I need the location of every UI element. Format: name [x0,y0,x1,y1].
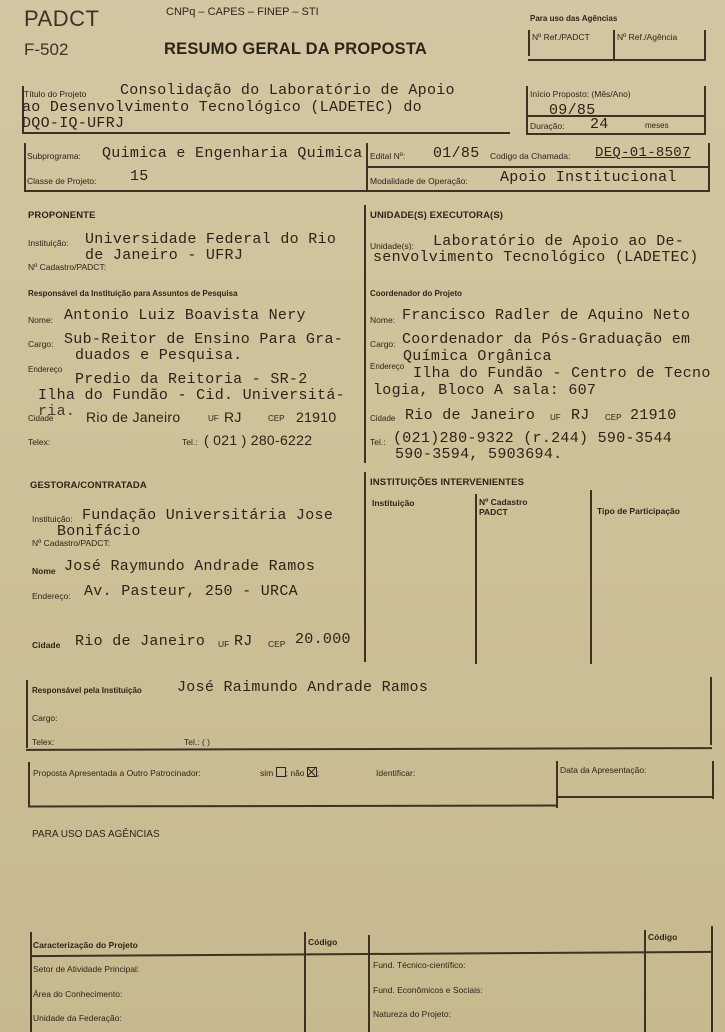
coordinator-address-line-1[interactable]: Ilha do Fundão - Centro de Tecno [413,365,711,382]
gestora-institution-line-1[interactable]: Fundação Universitária Jose [82,507,333,524]
gestora-name-value[interactable]: José Raymundo Andrade Ramos [64,558,315,575]
intervenientes-col-institution: Instituição [372,498,415,508]
proponente-cep-value[interactable]: 21910 [296,409,336,425]
code-label-right: Código [648,932,677,942]
coordinator-uf-label: UF [550,413,561,422]
row-setor-atividade: Setor de Atividade Principal: [33,964,139,974]
identify-label: Identificar: [376,768,415,778]
proponente-institution-line-2[interactable]: de Janeiro - UFRJ [85,247,243,264]
gestora-address-value[interactable]: Av. Pasteur, 250 - URCA [84,583,298,600]
identify-field[interactable] [435,764,550,782]
agency-use-label: Para uso das Agências [530,14,617,23]
proponente-section: PROPONENTE [28,210,96,221]
nao-label: não [290,768,304,778]
gestora-uf-label: UF [218,639,229,649]
coordinator-tel-line-2[interactable]: 590-3594, 5903694. [395,446,562,463]
coordinator-cargo-label: Cargo: [370,339,396,349]
proponente-telex-label: Telex: [28,437,50,447]
proponente-tel-value[interactable]: ( 021 ) 280-6222 [204,432,312,448]
ref-agencia-field[interactable] [616,42,702,58]
call-code-label: Codigo da Chamada: [490,151,570,161]
proponente-city-value[interactable]: Rio de Janeiro [86,409,180,425]
gestora-uf-value[interactable]: RJ [234,633,253,650]
intervenientes-section: INSTITUIÇÕES INTERVENIENTES [370,477,524,488]
proponente-uf-value[interactable]: RJ [224,409,242,425]
sim-label: sim [260,768,273,778]
responsavel-value[interactable]: José Raimundo Andrade Ramos [177,679,428,696]
characterization-title: Caracterização do Projeto [33,940,138,950]
row-natureza-projeto: Natureza do Projeto: [373,1009,451,1019]
nao-checkbox[interactable] [307,767,317,777]
duration-value[interactable]: 24 [590,116,609,133]
coordinator-heading: Coordenador do Projeto [370,289,462,298]
gestora-cep-label: CEP [268,639,285,649]
coordinator-tel-line-1[interactable]: (021)280-9322 (r.244) 590-3544 [393,430,672,447]
call-code-value[interactable]: DEQ-01-8507 [595,145,691,161]
padct-logo: PADCT [24,6,99,32]
outro-patrocinador-label: Proposta Apresentada a Outro Patrocinado… [33,768,201,778]
proponente-cargo-line-1[interactable]: Sub-Reitor de Ensino Para Gra- [64,331,343,348]
duration-unit: meses [645,121,669,130]
ref-padct-label: Nº Ref./PADCT [532,32,590,42]
gestora-name-label: Nome [32,566,56,576]
coordinator-cep-value[interactable]: 21910 [630,407,677,424]
project-title-line-1[interactable]: Consolidação do Laboratório de Apoio [120,82,455,99]
proponente-name-label: Nome: [28,315,53,325]
gestora-address-label: Endereço: [32,591,71,601]
proponente-uf-label: UF [208,414,219,423]
project-title-label: Título do Projeto [24,89,86,99]
coordinator-name-label: Nome: [370,315,395,325]
project-title-line-2[interactable]: ao Desenvolvimento Tecnológico (LADETEC)… [22,99,422,116]
proponente-tel-label: Tel.: [182,437,198,447]
coordinator-uf-value[interactable]: RJ [571,407,590,424]
coordinator-address-label: Endereço [370,362,404,371]
intervenientes-col-participation: Tipo de Participação [597,506,680,516]
code-label-left: Código [308,937,337,947]
gestora-city-label: Cidade [32,640,60,650]
gestora-cep-value[interactable]: 20.000 [295,631,351,648]
gestora-cadastro-label: Nº Cadastro/PADCT: [32,538,110,548]
edital-label: Edital Nº: [370,151,405,161]
subprogram-label: Subprograma: [27,151,81,161]
modality-value[interactable]: Apoio Institucional [500,169,677,186]
class-label: Classe de Projeto: [27,176,96,186]
proponente-cargo-line-2[interactable]: duados e Pesquisa. [75,347,242,364]
coordinator-cargo-line-2[interactable]: Química Orgânica [403,348,552,365]
proponente-cep-label: CEP [268,414,284,423]
duration-label: Duração: [530,121,565,131]
coordinator-cep-label: CEP [605,413,621,422]
gestora-city-value[interactable]: Rio de Janeiro [75,633,205,650]
modality-label: Modalidade de Operação: [370,176,468,186]
proponente-institution-label: Instituição: [28,238,69,248]
responsavel-telex-label: Telex: [32,737,54,747]
responsavel-label: Responsável pela Instituição [32,686,142,695]
proponente-institution-line-1[interactable]: Universidade Federal do Rio [85,231,336,248]
coordinator-address-line-2[interactable]: logia, Bloco A sala: 607 [373,382,596,399]
ref-agencia-label: Nº Ref./Agência [617,32,677,42]
proponente-cargo-label: Cargo: [28,339,54,349]
page-title: RESUMO GERAL DA PROPOSTA [164,40,427,59]
intervenientes-col-cadastro-1: Nº Cadastro [479,497,527,507]
coordinator-cargo-line-1[interactable]: Coordenador da Pós-Graduação em [402,331,690,348]
presentation-date-label: Data da Apresentação: [560,765,646,775]
responsavel-cargo-label: Cargo: [32,713,58,723]
coordinator-tel-label: Tel.: [370,437,386,447]
proponente-address-line-2[interactable]: Ilha do Fundão - Cid. Universitá- [38,387,345,404]
row-fund-economicos: Fund. Econômicos e Sociais: [373,985,483,995]
edital-value[interactable]: 01/85 [433,145,480,162]
intervenientes-table-body[interactable] [367,520,707,660]
form-code: F-502 [24,40,68,60]
executora-section: UNIDADE(S) EXECUTORA(S) [370,210,503,221]
coordinator-city-label: Cidade [370,414,395,423]
proponente-address-label: Endereço [28,365,62,374]
proponente-city-label: Cidade [28,414,53,423]
agencies-line: CNPq – CAPES – FINEP – STI [166,6,319,18]
row-unidade-federacao: Unidade da Federação: [33,1013,122,1023]
coordinator-name-value[interactable]: Francisco Radler de Aquino Neto [402,307,690,324]
responsavel-tel-label: Tel.: ( ) [184,737,210,747]
proponente-cadastro-label: Nº Cadastro/PADCT: [28,262,106,272]
ref-padct-field[interactable] [530,42,612,58]
subprogram-value[interactable]: Quimica e Engenharia Quimica [102,145,362,162]
code-field-right[interactable] [646,954,710,1032]
sim-checkbox[interactable] [276,767,286,777]
intervenientes-col-cadastro-2: PADCT [479,507,508,517]
row-area-conhecimento: Área do Conhecimento: [33,989,122,999]
class-value[interactable]: 15 [130,168,149,185]
start-label: Início Proposto: (Mês/Ano) [530,89,631,99]
code-field-left[interactable] [306,956,366,1032]
executora-unit-line-2[interactable]: senvolvimento Tecnológico (LADETEC) [373,249,699,266]
row-fund-tecnico: Fund. Técnico-científico: [373,960,465,970]
executora-unit-line-1[interactable]: Laboratório de Apoio ao De- [433,233,684,250]
proponente-responsible-heading: Responsável da Instituição para Assuntos… [28,289,238,298]
project-title-line-3[interactable]: DQO-IQ-UFRJ [22,115,124,132]
coordinator-city-value[interactable]: Rio de Janeiro [405,407,535,424]
agency-use-section: PARA USO DAS AGÊNCIAS [32,829,160,840]
gestora-section: GESTORA/CONTRATADA [30,480,147,491]
proponente-address-line-1[interactable]: Predio da Reitoria - SR-2 [75,371,308,388]
proponente-name-value[interactable]: Antonio Luiz Boavista Nery [64,307,306,324]
